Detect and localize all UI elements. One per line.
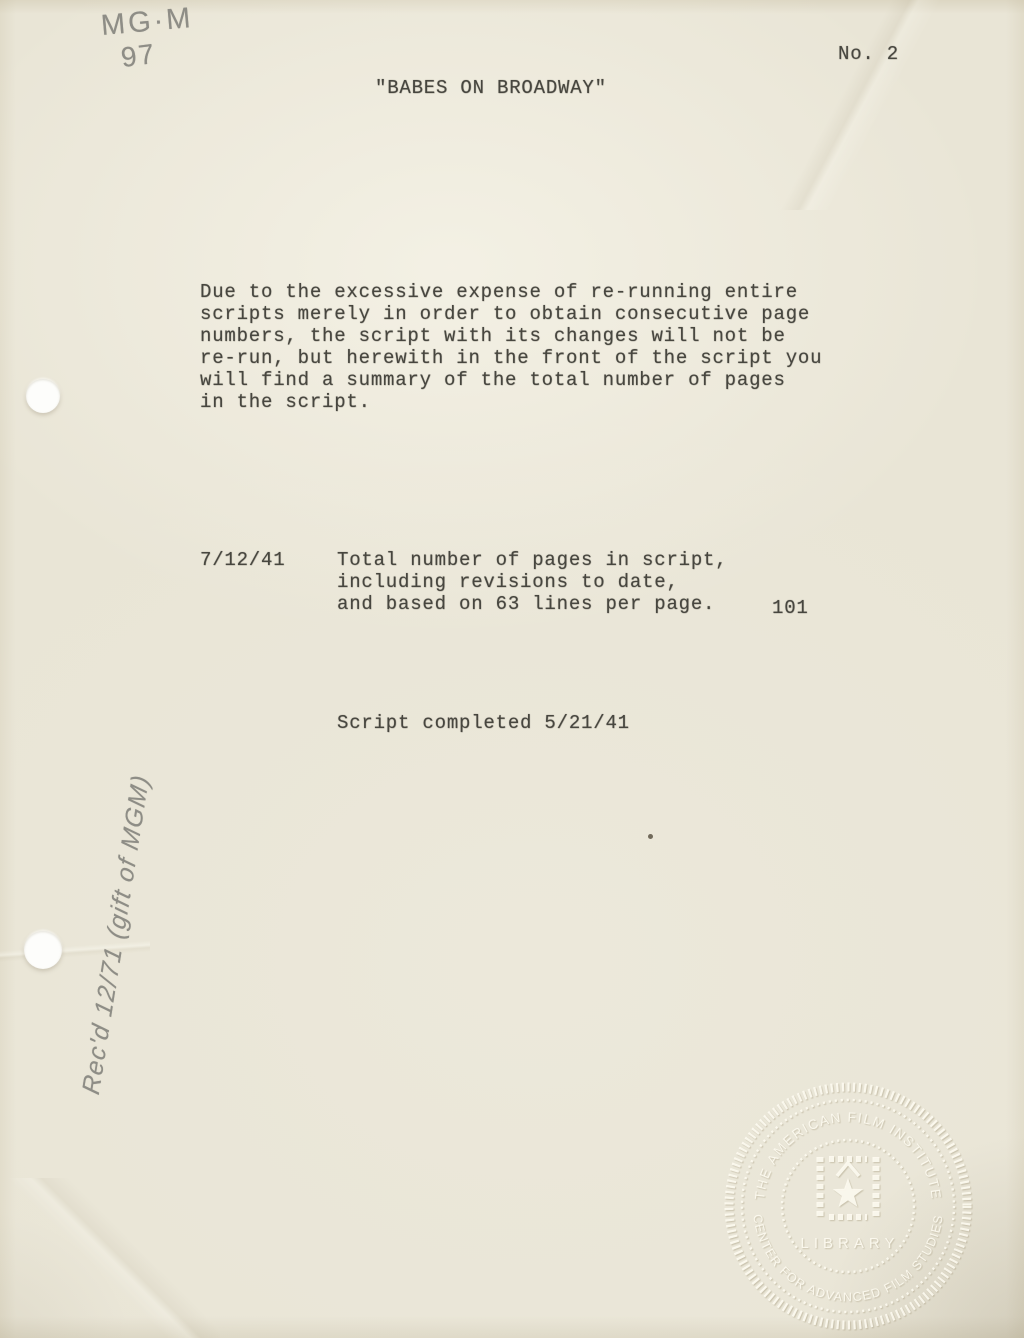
summary-date: 7/12/41: [200, 549, 285, 571]
seal-dotted-ring-outer: [742, 1100, 954, 1312]
punch-hole-top: [26, 379, 60, 413]
seal-center-text: LIBRARY: [801, 1235, 900, 1252]
punch-hole-bottom: [24, 931, 62, 969]
paper-crease: [684, 0, 1024, 210]
page-title: "BABES ON BROADWAY": [375, 77, 607, 99]
paper-crease: [0, 1178, 220, 1338]
summary-total-pages: 101: [772, 597, 809, 619]
pencil-studio-note: MG·M: [100, 2, 195, 43]
afi-logo-icon: [820, 1157, 876, 1219]
pencil-studio-number: 97: [119, 38, 158, 74]
seal-bottom-text: CENTER FOR ADVANCED FILM STUDIES: [750, 1213, 945, 1304]
pencil-received-note: Rec'd 12/71 (gift of MGM): [77, 665, 172, 1097]
notice-paragraph: Due to the excessive expense of re-runni…: [200, 281, 822, 413]
script-cover-page: MG·M 97 No. 2 "BABES ON BROADWAY" Due to…: [0, 0, 1024, 1338]
ink-speck: [648, 834, 653, 839]
summary-description: Total number of pages in script, includi…: [337, 549, 727, 615]
script-completed-line: Script completed 5/21/41: [337, 712, 630, 734]
afi-star-icon: [833, 1178, 863, 1207]
doc-number: No. 2: [838, 43, 899, 65]
embossed-afi-seal: THE AMERICAN FILM INSTITUTE CENTER FOR A…: [713, 1071, 983, 1338]
